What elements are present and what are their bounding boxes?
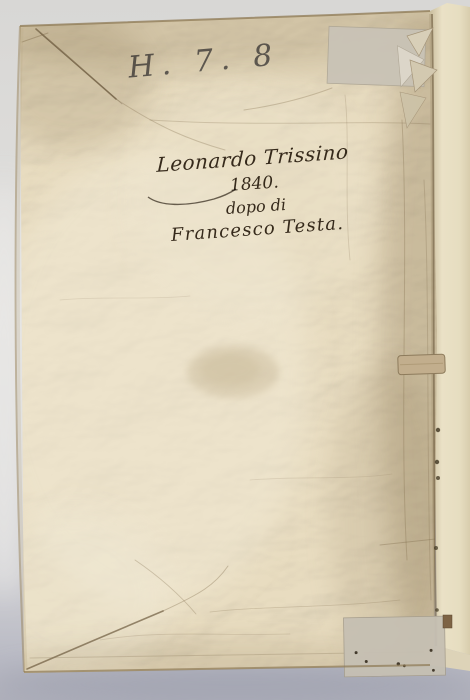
paper-stain bbox=[187, 346, 279, 398]
photo-of-antique-book-flyleaf: H. 7. 8 Leonardo Trissino 1840. dopo di … bbox=[0, 0, 470, 700]
clasp-band bbox=[398, 354, 446, 375]
clasp-remnant bbox=[443, 615, 452, 628]
owner-inscription: Leonardo Trissino 1840. dopo di Francesc… bbox=[127, 137, 383, 248]
book-photo-rendering bbox=[0, 0, 470, 700]
tape-repair-bottom bbox=[344, 616, 446, 677]
